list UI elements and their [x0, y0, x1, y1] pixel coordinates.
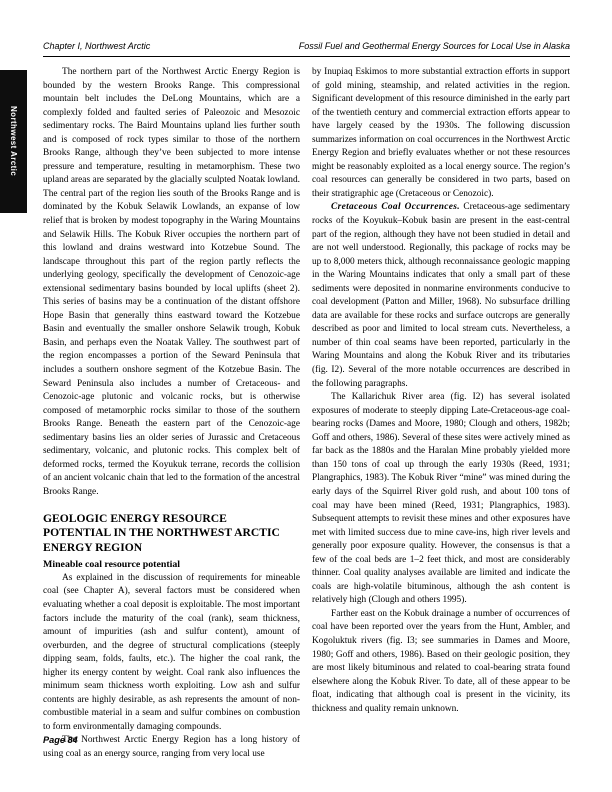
- chapter-thumb-tab: Northwest Arctic: [0, 70, 27, 213]
- section-heading: GEOLOGIC ENERGY RESOURCE POTENTIAL IN TH…: [43, 512, 300, 556]
- paragraph: by Inupiaq Eskimos to more substantial e…: [312, 66, 570, 201]
- chapter-thumb-tab-label: Northwest Arctic: [9, 106, 18, 176]
- header-chapter-label: Chapter I, Northwest Arctic: [43, 41, 150, 52]
- header-doc-title: Fossil Fuel and Geothermal Energy Source…: [299, 41, 570, 52]
- paragraph: Cretaceous Coal Occurrences. Cretaceous-…: [312, 201, 570, 391]
- page-number: Page 84: [43, 735, 78, 745]
- paragraph: The Northwest Arctic Energy Region has a…: [43, 734, 300, 761]
- paragraph: As explained in the discussion of requir…: [43, 572, 300, 735]
- paragraph: Farther east on the Kobuk drainage a num…: [312, 608, 570, 716]
- document-page: Chapter I, Northwest Arctic Fossil Fuel …: [0, 0, 612, 792]
- paragraph: The northern part of the Northwest Arcti…: [43, 66, 300, 500]
- run-in-heading: Cretaceous Coal Occurrences.: [331, 202, 460, 212]
- right-column: by Inupiaq Eskimos to more substantial e…: [312, 66, 570, 716]
- paragraph: The Kallarichuk River area (fig. I2) has…: [312, 391, 570, 608]
- header-divider: [43, 56, 570, 57]
- left-column: The northern part of the Northwest Arcti…: [43, 66, 300, 762]
- subsection-heading: Mineable coal resource potential: [43, 558, 300, 571]
- running-header: Chapter I, Northwest Arctic Fossil Fuel …: [43, 41, 570, 52]
